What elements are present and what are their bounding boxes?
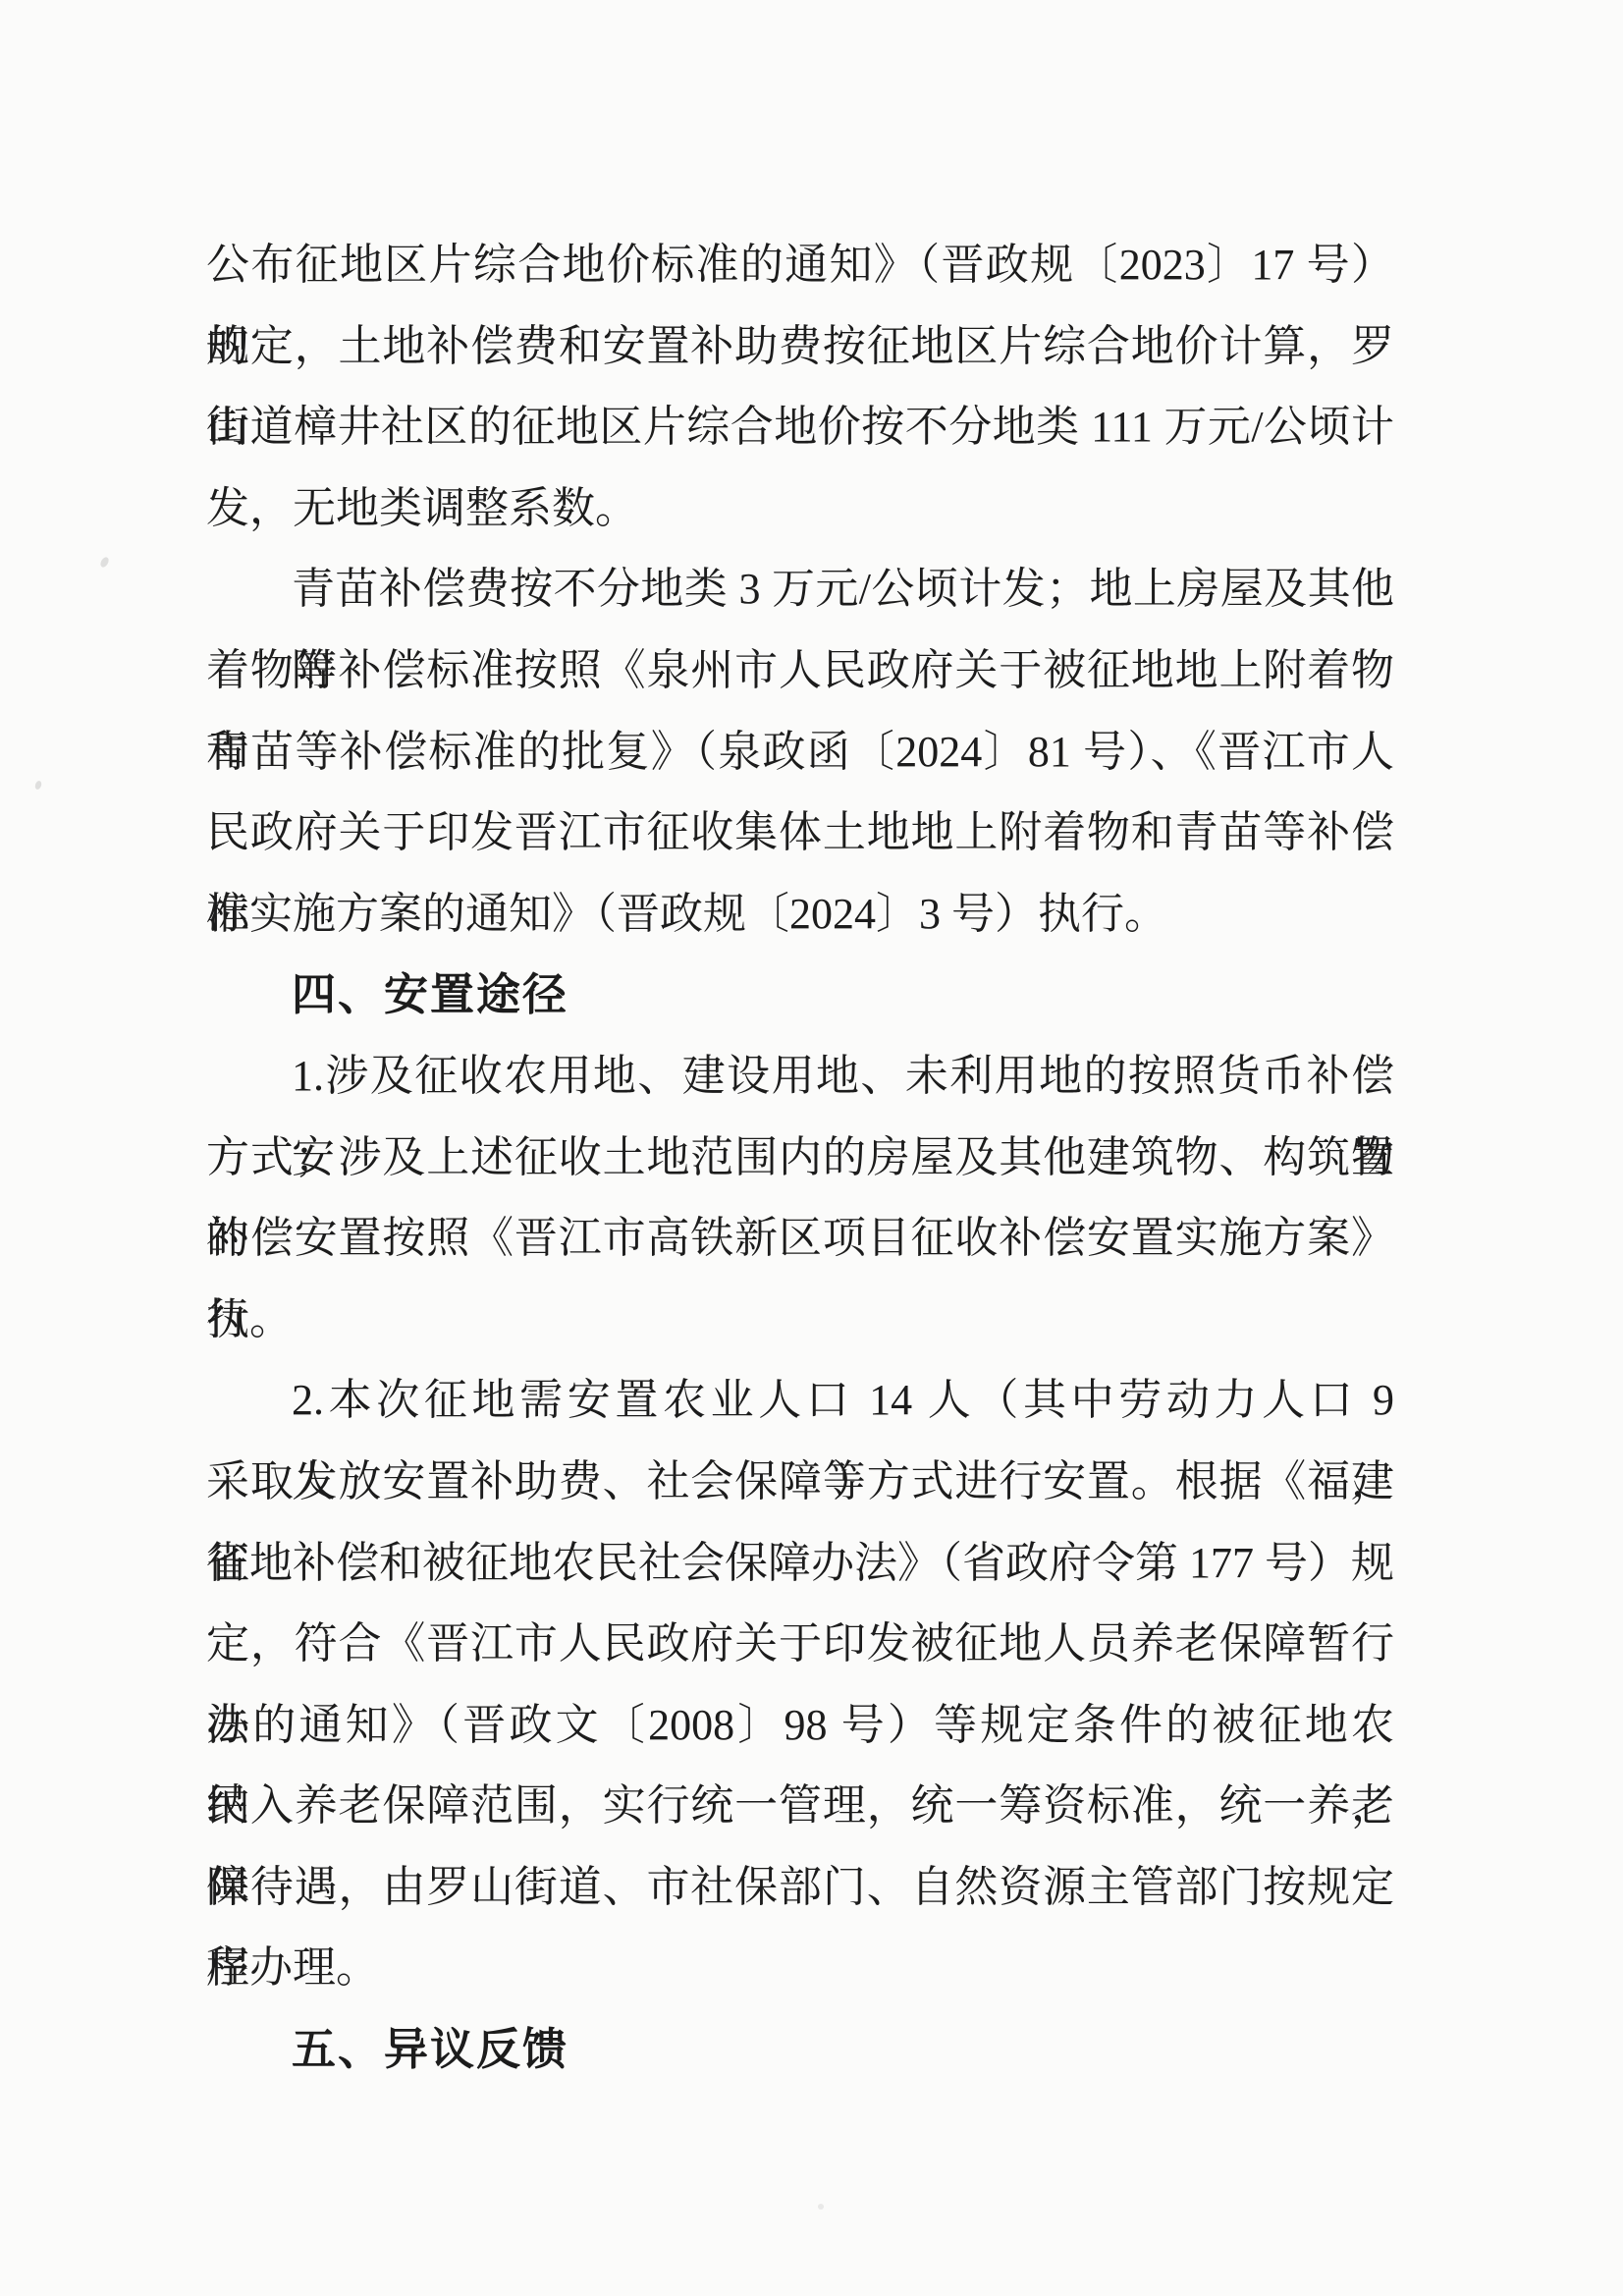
- text-line: 补偿安置按照《晋江市高铁新区项目征收补偿安置实施方案》执: [206, 1198, 1394, 1280]
- text-line: 民政府关于印发晋江市征收集体土地地上附着物和青苗等补偿标: [206, 793, 1394, 874]
- text-line: 行。: [206, 1280, 1394, 1361]
- text-line: 采取发放安置补助费、社会保障等方式进行安置。根据《福建省: [206, 1442, 1394, 1523]
- scan-speck: [99, 556, 111, 569]
- text-line: 法的通知》（晋政文〔2008〕98 号）等规定条件的被征地农民，: [206, 1685, 1394, 1767]
- text-line: 征地补偿和被征地农民社会保障办法》（省政府令第 177 号）规: [206, 1523, 1394, 1605]
- text-line: 序办理。: [206, 1928, 1394, 2009]
- document-page: 公布征地区片综合地价标准的通知》（晋政规〔2023〕17 号）的 规定，土地补偿…: [0, 0, 1623, 2296]
- text-line: 障待遇，由罗山街道、市社保部门、自然资源主管部门按规定程: [206, 1847, 1394, 1929]
- section-heading-4: 四、安置途径: [206, 955, 1394, 1036]
- text-line: 青苗等补偿标准的批复》（泉政函〔2024〕81 号）、《晋江市人: [206, 712, 1394, 793]
- scan-speck: [34, 780, 43, 791]
- text-line: 方式；涉及上述征收土地范围内的房屋及其他建筑物、构筑物的: [206, 1118, 1394, 1199]
- text-line: 准实施方案的通知》（晋政规〔2024〕3 号）执行。: [206, 874, 1394, 956]
- text-line: 2.本次征地需安置农业人口 14 人（其中劳动力人口 9 人），: [206, 1360, 1394, 1442]
- text-line: 公布征地区片综合地价标准的通知》（晋政规〔2023〕17 号）的: [206, 225, 1394, 306]
- text-line: 发，无地类调整系数。: [206, 468, 1394, 550]
- section-heading-5: 五、异议反馈: [206, 2009, 1394, 2091]
- text-line: 街道樟井社区的征地区片综合地价按不分地类 111 万元/公顷计: [206, 387, 1394, 468]
- text-line: 青苗补偿费按不分地类 3 万元/公顷计发；地上房屋及其他附: [206, 549, 1394, 630]
- scan-speck: [818, 2204, 824, 2210]
- text-line: 定，符合《晋江市人民政府关于印发被征地人员养老保障暂行办: [206, 1604, 1394, 1685]
- text-line: 着物等补偿标准按照《泉州市人民政府关于被征地地上附着物和: [206, 630, 1394, 712]
- document-text-block: 公布征地区片综合地价标准的通知》（晋政规〔2023〕17 号）的 规定，土地补偿…: [206, 225, 1394, 2091]
- text-line: 规定，土地补偿费和安置补助费按征地区片综合地价计算，罗山: [206, 306, 1394, 388]
- text-line: 纳入养老保障范围，实行统一管理，统一筹资标准，统一养老保: [206, 1766, 1394, 1847]
- text-line: 1.涉及征收农用地、建设用地、未利用地的按照货币补偿安置: [206, 1036, 1394, 1118]
